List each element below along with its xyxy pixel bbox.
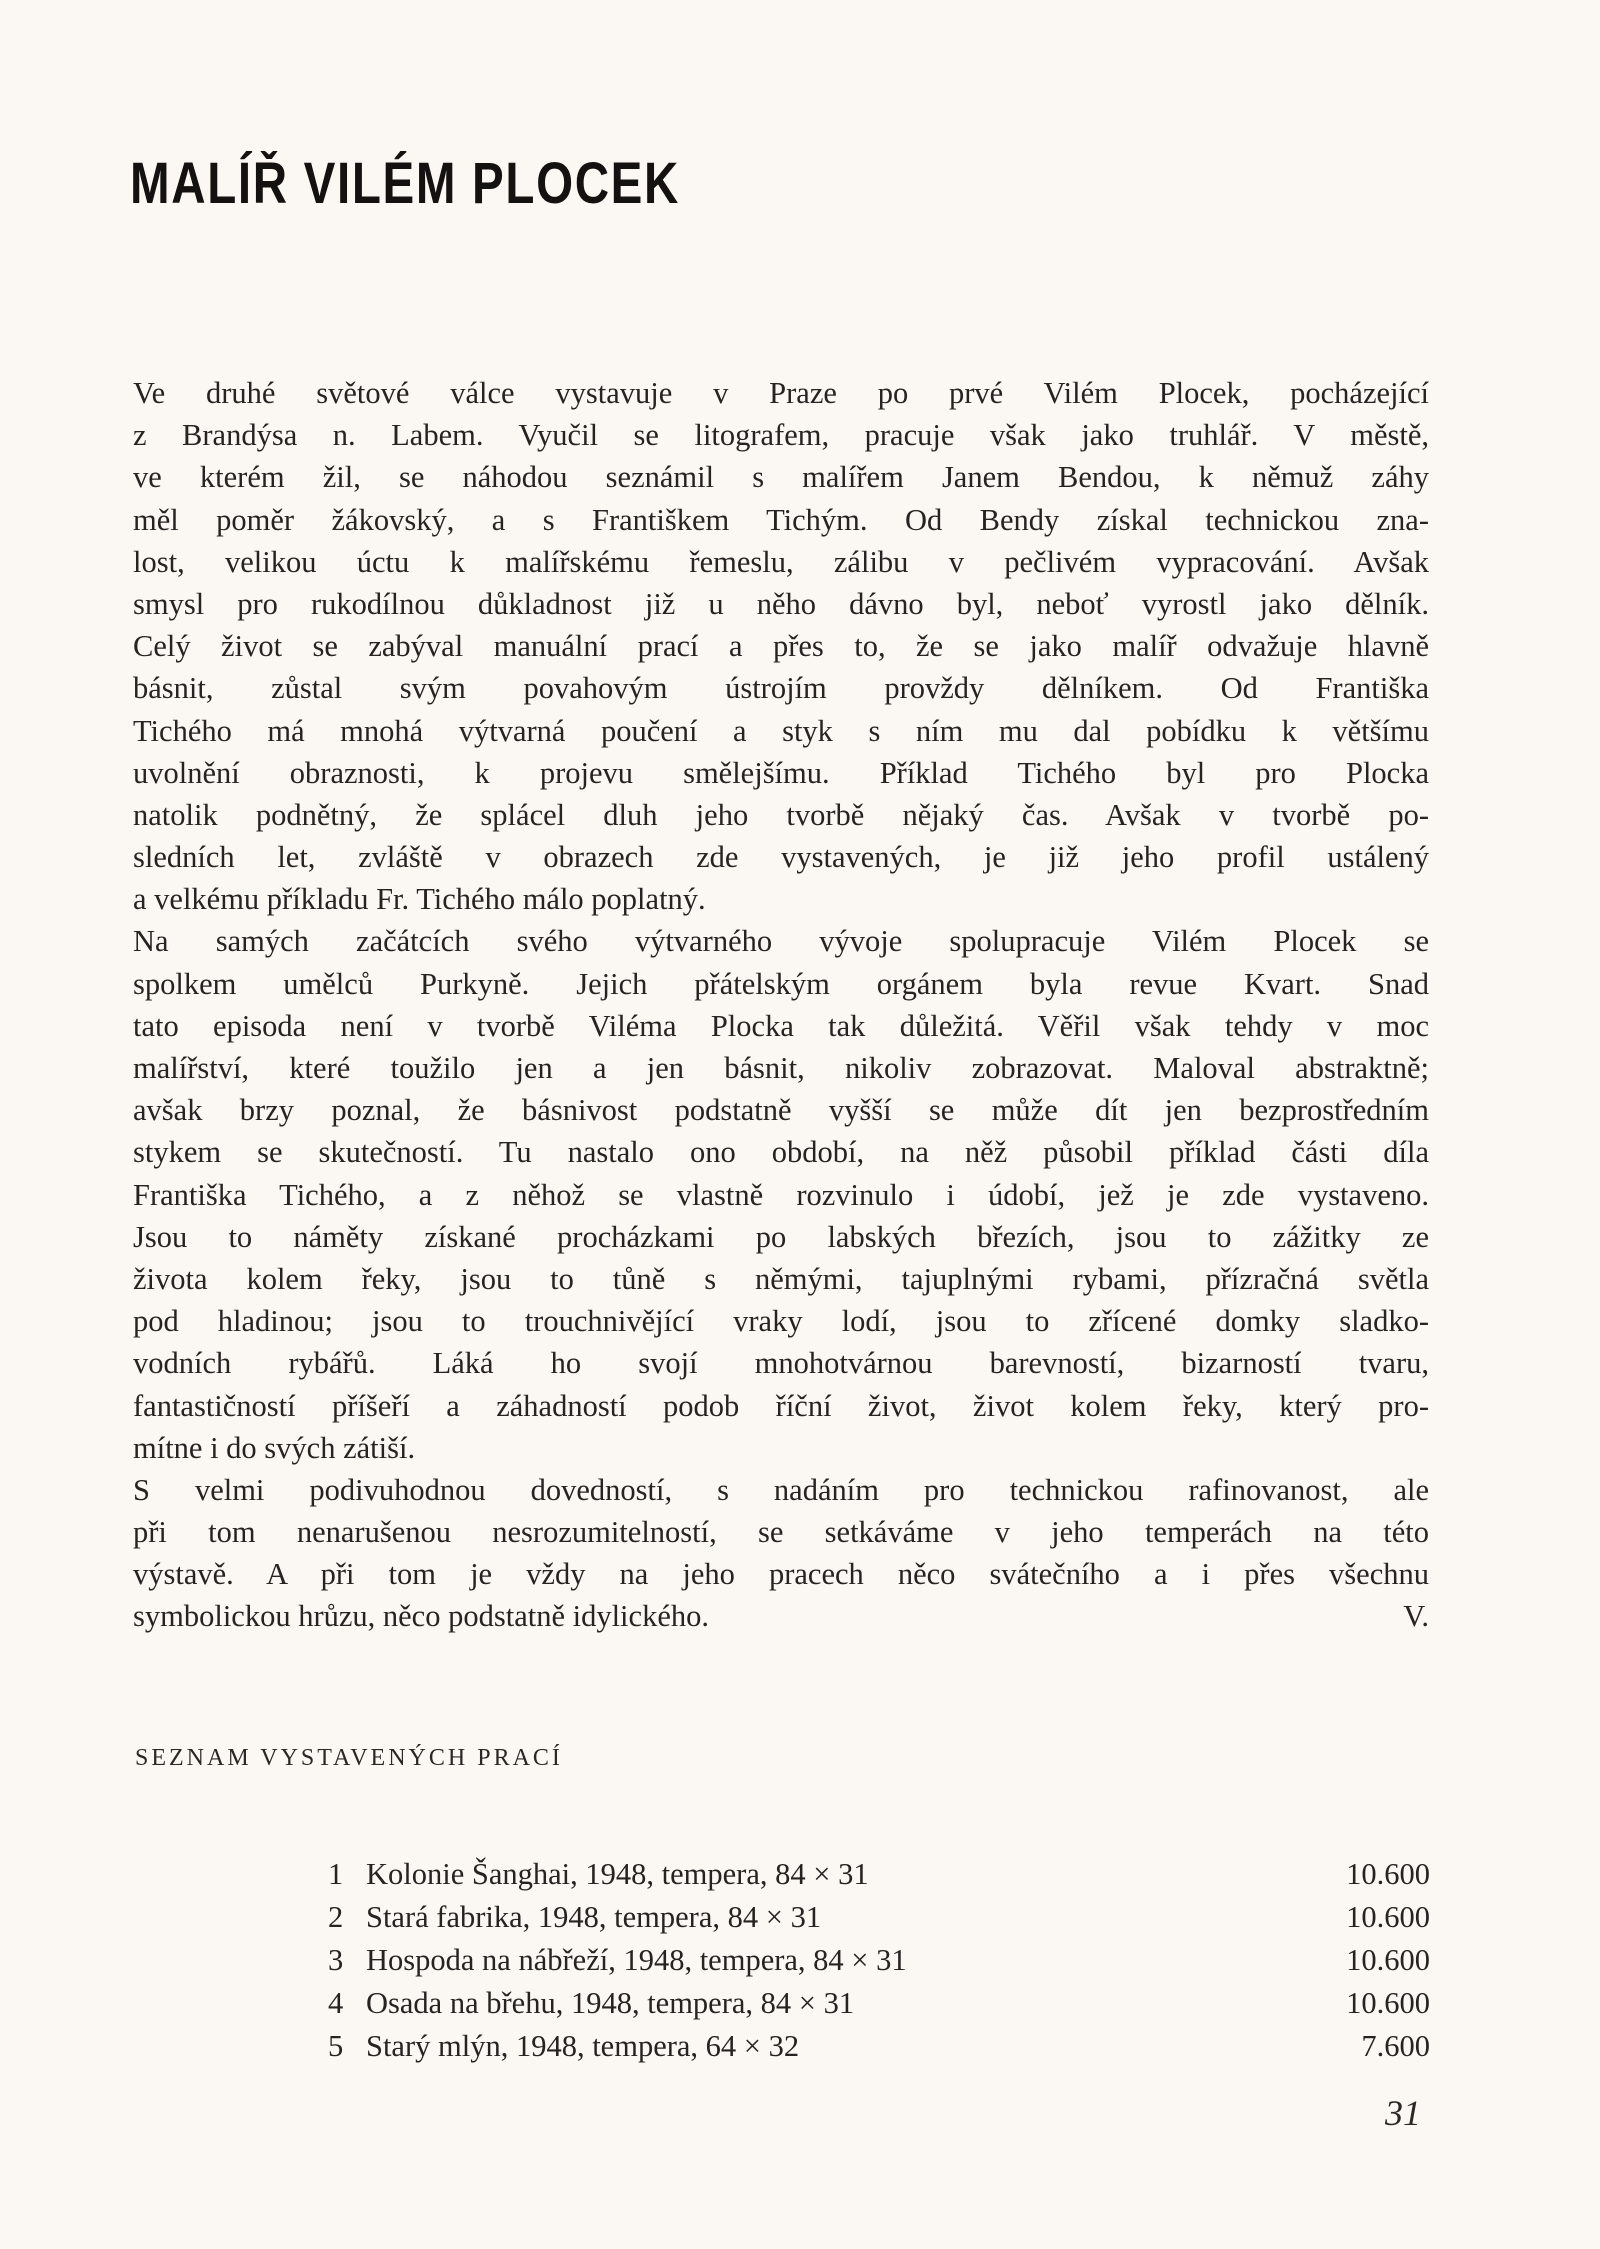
works-list-item: 5 Starý mlýn, 1948, tempera, 64 × 32 7.6… (328, 2025, 1430, 2068)
body-line: mítne i do svých zátiší. (133, 1427, 1429, 1469)
body-line: při tom nenarušenou nesrozumitelností, s… (133, 1511, 1429, 1553)
work-price: 10.600 (1346, 1896, 1430, 1939)
work-number: 5 (328, 2025, 366, 2068)
body-line: Tichého má mnohá výtvarná poučení a styk… (133, 710, 1429, 752)
body-line: Celý život se zabýval manuální prací a p… (133, 625, 1429, 667)
work-number: 1 (328, 1853, 366, 1896)
body-line: pod hladinou; jsou to trouchnivějící vra… (133, 1300, 1429, 1342)
body-line: vodních rybářů. Láká ho svojí mnohotvárn… (133, 1342, 1429, 1384)
body-line: výstavě. A při tom je vždy na jeho prace… (133, 1553, 1429, 1595)
body-line: uvolnění obraznosti, k projevu smělejším… (133, 752, 1429, 794)
body-line: malířství, které toužilo jen a jen básni… (133, 1047, 1429, 1089)
body-line: z Brandýsa n. Labem. Vyučil se litografe… (133, 414, 1429, 456)
body-line-with-signature: symbolickou hrůzu, něco podstatně idylic… (133, 1595, 1429, 1637)
work-price: 10.600 (1346, 1982, 1430, 2025)
body-line: stykem se skutečností. Tu nastalo ono ob… (133, 1131, 1429, 1173)
work-price: 7.600 (1361, 2025, 1430, 2068)
works-list-item: 2 Stará fabrika, 1948, tempera, 84 × 31 … (328, 1896, 1430, 1939)
body-line: spolkem umělců Purkyně. Jejich přátelský… (133, 963, 1429, 1005)
body-line: smysl pro rukodílnou důkladnost již u ně… (133, 583, 1429, 625)
body-line: a velkému příkladu Fr. Tichého málo popl… (133, 878, 1429, 920)
work-number: 4 (328, 1982, 366, 2025)
work-price: 10.600 (1346, 1853, 1430, 1896)
works-list-item: 1 Kolonie Šanghai, 1948, tempera, 84 × 3… (328, 1853, 1430, 1896)
body-line: Ve druhé světové válce vystavuje v Praze… (133, 372, 1429, 414)
work-description: Hospoda na nábřeží, 1948, tempera, 84 × … (366, 1939, 1346, 1982)
document-page: MALÍŘ VILÉM PLOCEK Ve druhé světové válc… (0, 0, 1600, 2249)
body-line: tato episoda není v tvorbě Viléma Plocka… (133, 1005, 1429, 1047)
body-line: měl poměr žákovský, a s Františkem Tichý… (133, 499, 1429, 541)
article-title: MALÍŘ VILÉM PLOCEK (130, 150, 680, 217)
body-line: Na samých začátcích svého výtvarného výv… (133, 920, 1429, 962)
body-line: S velmi podivuhodnou dovedností, s nadán… (133, 1469, 1429, 1511)
author-signature: V. (1403, 1595, 1429, 1637)
works-list-item: 3 Hospoda na nábřeží, 1948, tempera, 84 … (328, 1939, 1430, 1982)
body-line: lost, velikou úctu k malířskému řemeslu,… (133, 541, 1429, 583)
body-line: natolik podnětný, že splácel dluh jeho t… (133, 794, 1429, 836)
article-body: Ve druhé světové válce vystavuje v Praze… (133, 372, 1429, 1638)
body-line: symbolickou hrůzu, něco podstatně idylic… (133, 1595, 709, 1637)
work-description: Osada na břehu, 1948, tempera, 84 × 31 (366, 1982, 1346, 2025)
body-line: avšak brzy poznal, že básnivost podstatn… (133, 1089, 1429, 1131)
works-list-heading: SEZNAM VYSTAVENÝCH PRACÍ (135, 1745, 563, 1772)
body-line: básnit, zůstal svým povahovým ústrojím p… (133, 667, 1429, 709)
work-number: 2 (328, 1896, 366, 1939)
works-list: 1 Kolonie Šanghai, 1948, tempera, 84 × 3… (328, 1853, 1430, 2068)
work-price: 10.600 (1346, 1939, 1430, 1982)
body-line: Jsou to náměty získané procházkami po la… (133, 1216, 1429, 1258)
work-description: Starý mlýn, 1948, tempera, 64 × 32 (366, 2025, 1361, 2068)
page-number: 31 (1385, 2092, 1421, 2134)
body-line: sledních let, zvláště v obrazech zde vys… (133, 836, 1429, 878)
works-list-item: 4 Osada na břehu, 1948, tempera, 84 × 31… (328, 1982, 1430, 2025)
work-number: 3 (328, 1939, 366, 1982)
body-line: Františka Tichého, a z něhož se vlastně … (133, 1174, 1429, 1216)
work-description: Kolonie Šanghai, 1948, tempera, 84 × 31 (366, 1853, 1346, 1896)
work-description: Stará fabrika, 1948, tempera, 84 × 31 (366, 1896, 1346, 1939)
body-line: fantastičností příšeří a záhadností podo… (133, 1385, 1429, 1427)
body-line: života kolem řeky, jsou to tůně s němými… (133, 1258, 1429, 1300)
body-line: ve kterém žil, se náhodou seznámil s mal… (133, 456, 1429, 498)
